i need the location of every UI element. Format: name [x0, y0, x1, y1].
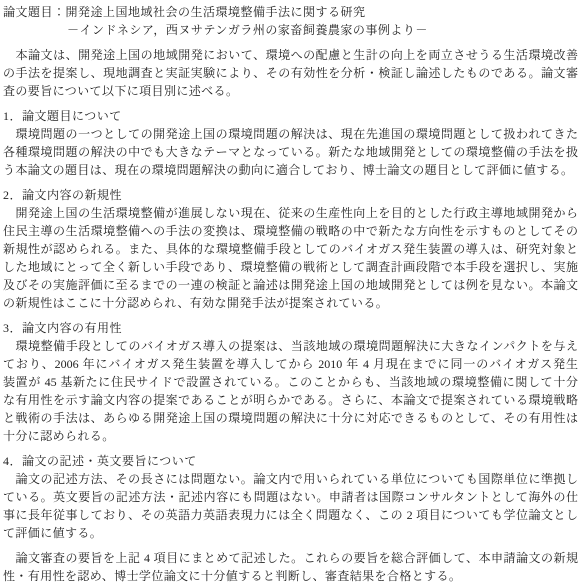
thesis-review-document: 論文題目：開発途上国地域社会の生活環境整備手法に関する研究 －インドネシア，西ヌ… — [0, 0, 581, 583]
paragraph-line: した地域にとって全く新しい手段であり、環境整備の戦術として調査計画段階で本手段を… — [3, 258, 578, 276]
paragraph-line: 論文審査の要旨を上記 4 項目にまとめて記述した。これらの要旨を総合評価して、本… — [3, 549, 578, 567]
paragraph-line: 環境整備手段としてのバイオガス導入の提案は、当該地域の環境問題解決に大きなインパ… — [3, 337, 578, 355]
paragraph-line: 性・有用性を認め、博士学位論文に十分値すると判断し、審査結果を合格とする。 — [3, 567, 578, 583]
conclusion-paragraph: 論文審査の要旨を上記 4 項目にまとめて記述した。これらの要旨を総合評価して、本… — [3, 549, 578, 583]
paragraph-line: 各種環境問題の解決の中でも大きなテーマとなっている。新たな地域開発としての環境整… — [3, 143, 578, 161]
paragraph-line: 十分に認められる。 — [3, 427, 578, 445]
paragraph-line: 住民主導の生活環境整備への手法の変換は、環境整備の戦略の中で新たな方向性を示すも… — [3, 222, 578, 240]
section-heading: 1．論文題目について — [3, 107, 578, 125]
paragraph-line: 論文の記述方法、その長さには問題ない。論文内で用いられている単位についても国際単… — [3, 470, 578, 488]
title-block: 論文題目：開発途上国地域社会の生活環境整備手法に関する研究 －インドネシア，西ヌ… — [3, 3, 578, 39]
paragraph-line: 環境問題の一つとしての開発途上国の環境問題の解決は、現在先進国の環境問題として扱… — [3, 125, 578, 143]
paragraph-line: ており、2006 年にバイオガス発生装置を導入してから 2010 年 4 月現在… — [3, 355, 578, 373]
section-heading: 3．論文内容の有用性 — [3, 319, 578, 337]
paragraph-line: の新規性はここに十分認められ、有効な開発手法が提案されている。 — [3, 294, 578, 312]
section-heading: 4．論文の記述・英文要旨について — [3, 452, 578, 470]
thesis-subtitle: －インドネシア，西ヌサテンガラ州の家畜飼養農家の事例より－ — [3, 21, 578, 39]
paragraph-line: ている。英文要旨の記述方法・記述内容にも問題はない。申請者は国際コンサルタントと… — [3, 488, 578, 506]
paragraph-line: 及びその実施評価に至るまでの一連の検証と論述は開発途上国の地域開発としては例を見… — [3, 276, 578, 294]
section-2-novelty: 2．論文内容の新規性 開発途上国の生活環境整備が進展しない現在、従来の生産性向上… — [3, 186, 578, 312]
section-1-title-evaluation: 1．論文題目について 環境問題の一つとしての開発途上国の環境問題の解決は、現在先… — [3, 107, 578, 179]
paragraph-line: う本論文の題目は、現在の環境問題解決の動向に適合しており、博士論文の題目として評… — [3, 161, 578, 179]
paragraph-line: て評価に値する。 — [3, 524, 578, 542]
paragraph-line: 査の要旨について以下に項目別に述べる。 — [3, 82, 578, 100]
paragraph-line: の手法を提案し、現地調査と実証実験により、その有効性を分析・検証し論述したもので… — [3, 64, 578, 82]
paragraph-line: 開発途上国の生活環境整備が進展しない現在、従来の生産性向上を目的とした行政主導地… — [3, 204, 578, 222]
paragraph-line: な有用性を示す論文内容の提案であることが明らかである。さらに、本論文で提案されて… — [3, 391, 578, 409]
section-heading: 2．論文内容の新規性 — [3, 186, 578, 204]
paragraph-line: 事に長年従事しており、その英語力英語表現力には全く問題なく、この 2 項目につい… — [3, 506, 578, 524]
paragraph-line: 装置が 45 基新たに住民サイドで設置されている。このことからも、当該地域の環境… — [3, 373, 578, 391]
intro-paragraph: 本論文は、開発途上国の地域開発において、環境への配慮と生計の向上を両立させうる生… — [3, 46, 578, 100]
paragraph-line: 本論文は、開発途上国の地域開発において、環境への配慮と生計の向上を両立させうる生… — [3, 46, 578, 64]
section-4-writing-and-abstract: 4．論文の記述・英文要旨について 論文の記述方法、その長さには問題ない。論文内で… — [3, 452, 578, 542]
paragraph-line: 新規性が認められる。また、具体的な環境整備手段としてのバイオガス発生装置の導入は… — [3, 240, 578, 258]
paragraph-line: と戦術の手法は、あらゆる開発途上国の環境問題の解決に十分に対応できるものとして、… — [3, 409, 578, 427]
section-3-usefulness: 3．論文内容の有用性 環境整備手段としてのバイオガス導入の提案は、当該地域の環境… — [3, 319, 578, 445]
thesis-title: 論文題目：開発途上国地域社会の生活環境整備手法に関する研究 — [3, 3, 578, 21]
